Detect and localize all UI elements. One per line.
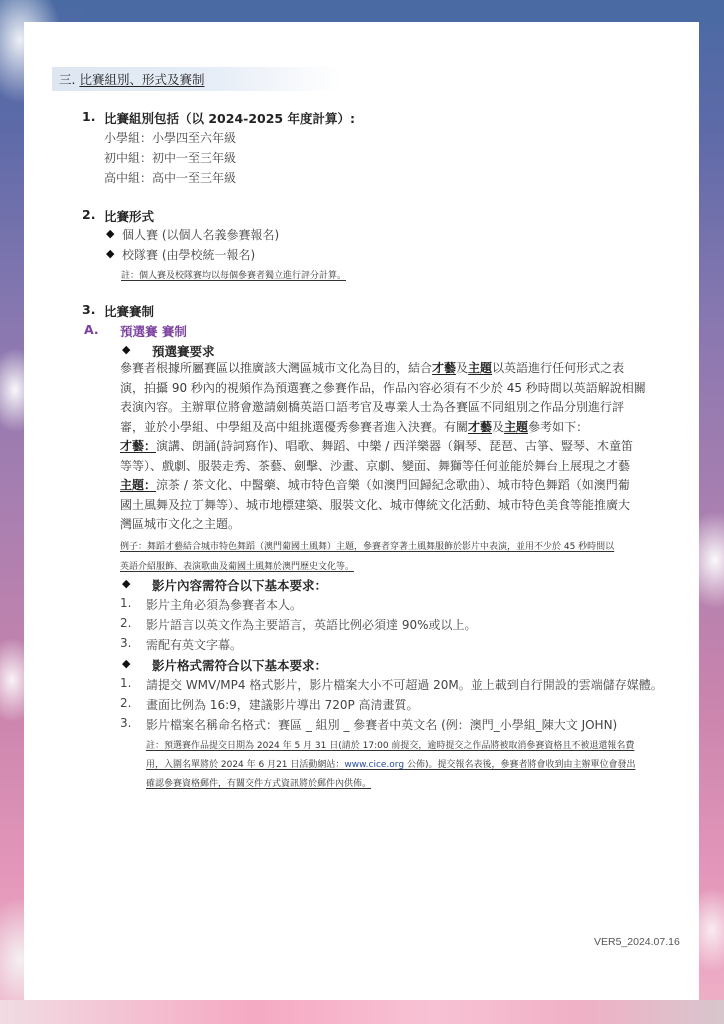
version-label: VER5_2024.07.16: [594, 936, 680, 948]
list-number: 3.: [120, 716, 131, 730]
item1-heading: 比賽組別包括（以 2024-2025 年度計算）:: [104, 109, 355, 127]
subsection-letter: A.: [84, 322, 99, 337]
content-requirement-item: 影片語言以英文作為主要語言，英語比例必須達 90%或以上。: [146, 616, 477, 633]
format-team: 校隊賽 (由學校統一報名): [122, 246, 255, 263]
theme-line: 灣區城市文化之主題。: [120, 515, 646, 535]
theme-line: 主題：涼茶 / 茶文化、中醫藥、城市特色音樂（如澳門回歸紀念歌曲）、城市特色舞蹈…: [120, 476, 646, 496]
format-requirement-item: 影片檔案名稱命名格式：賽區 _ 組別 _ 參賽者中英文名 (例：澳門_小學組_陳…: [146, 716, 617, 733]
paragraph-line: 表演內容。主辦單位將會邀請劍橋英語口語考官及專業人士為各賽區不同組別之作品分別進…: [120, 398, 646, 418]
talent-keyword: 才藝: [468, 420, 492, 434]
requirement-paragraph: 參賽者根據所屬賽區以推廣該大灣區城市文化為目的，結合才藝及主題以英語進行任何形式…: [120, 359, 646, 535]
subsection-title: 預選賽 賽制: [120, 322, 187, 340]
talent-line: 才藝：演講、朗誦(詩詞寫作)、唱歌、舞蹈、中樂 / 西洋樂器（鋼琴、琵琶、古箏、…: [120, 437, 646, 457]
section-title-text: 比賽組別、形式及賽制: [79, 72, 204, 87]
content-requirement-item: 需配有英文字幕。: [146, 636, 242, 653]
list-number: 1.: [120, 676, 131, 690]
content-requirement-item: 影片主角必須為參賽者本人。: [146, 596, 302, 613]
submission-note-line: 註：預選賽作品提交日期為 2024 年 5 月 31 日(請於 17:00 前提…: [146, 738, 634, 751]
theme-keyword: 主題: [504, 420, 528, 434]
theme-label: 主題：: [120, 478, 156, 492]
example-line: 英語介紹服飾、表演歌曲及葡國土風舞於澳門歷史文化等。: [120, 559, 354, 572]
diamond-bullet-icon: ◆: [122, 343, 130, 356]
list-number: 3.: [120, 636, 131, 650]
list-number: 2.: [120, 696, 131, 710]
submission-note-line: 確認參賽資格郵件，有關交件方式資訊將於郵件內供佈。: [146, 776, 371, 789]
format-requirement-item: 請提交 WMV/MP4 格式影片，影片檔案大小不可超過 20M。並上載到自行開設…: [146, 676, 663, 693]
item1-number: 1.: [82, 109, 95, 124]
content-requirements-heading: 影片內容需符合以下基本要求：: [152, 576, 327, 594]
theme-keyword: 主題: [468, 361, 492, 375]
talent-line: 等等）、戲劇、服裝走秀、茶藝、劍擊、沙畫、京劇、變面、舞獅等任何並能於舞台上展現…: [120, 457, 646, 477]
decorative-top-band: [80, 0, 724, 24]
group-senior: 高中組：高中一至三年級: [104, 169, 236, 186]
paragraph-line: 審，並於小學組、中學組及高中組挑選優秀參賽者進入決賽。有關才藝及主題參考如下：: [120, 418, 646, 438]
format-requirement-item: 畫面比例為 16:9，建議影片導出 720P 高清畫質。: [146, 696, 419, 713]
list-number: 1.: [120, 596, 131, 610]
theme-line: 國土風舞及拉丁舞等）、城市地標建築、服裝文化、城市傳統文化活動、城市特色美食等能…: [120, 496, 646, 516]
format-note: 註：個人賽及校隊賽均以每個參賽者獨立進行評分計算。: [121, 268, 346, 281]
website-link[interactable]: www.cice.org: [344, 760, 404, 770]
requirement-heading: 預選賽要求: [152, 342, 215, 360]
talent-label: 才藝：: [120, 439, 156, 453]
item3-number: 3.: [82, 302, 95, 317]
submission-note-line: 用，入圍名單將於 2024 年 6 月21 日活動網站：www.cice.org…: [146, 757, 635, 770]
talent-keyword: 才藝: [432, 361, 456, 375]
diamond-bullet-icon: ◆: [106, 227, 114, 240]
group-primary: 小學組：小學四至六年級: [104, 129, 236, 146]
diamond-bullet-icon: ◆: [122, 577, 130, 590]
section-title: 三. 比賽組別、形式及賽制: [59, 70, 204, 88]
item2-number: 2.: [82, 207, 95, 222]
section-number: 三.: [59, 72, 75, 87]
format-requirements-heading: 影片格式需符合以下基本要求：: [152, 656, 327, 674]
paragraph-line: 參賽者根據所屬賽區以推廣該大灣區城市文化為目的，結合才藝及主題以英語進行任何形式…: [120, 359, 646, 379]
format-individual: 個人賽 (以個人名義參賽報名): [122, 226, 279, 243]
item2-heading: 比賽形式: [104, 207, 154, 225]
diamond-bullet-icon: ◆: [106, 247, 114, 260]
diamond-bullet-icon: ◆: [122, 657, 130, 670]
item3-heading: 比賽賽制: [104, 302, 154, 320]
paragraph-line: 演，拍攝 90 秒內的視頻作為預選賽之參賽作品，作品內容必須有不少於 45 秒時…: [120, 379, 646, 399]
group-junior: 初中組：初中一至三年級: [104, 149, 236, 166]
list-number: 2.: [120, 616, 131, 630]
document-page: 三. 比賽組別、形式及賽制 1. 比賽組別包括（以 2024-2025 年度計算…: [24, 22, 699, 1000]
decorative-bottom-band: [0, 1000, 724, 1024]
example-line: 例子：舞蹈才藝結合城市特色舞蹈（澳門葡國土風舞）主題，參賽者穿著土風舞服飾於影片…: [120, 539, 614, 552]
